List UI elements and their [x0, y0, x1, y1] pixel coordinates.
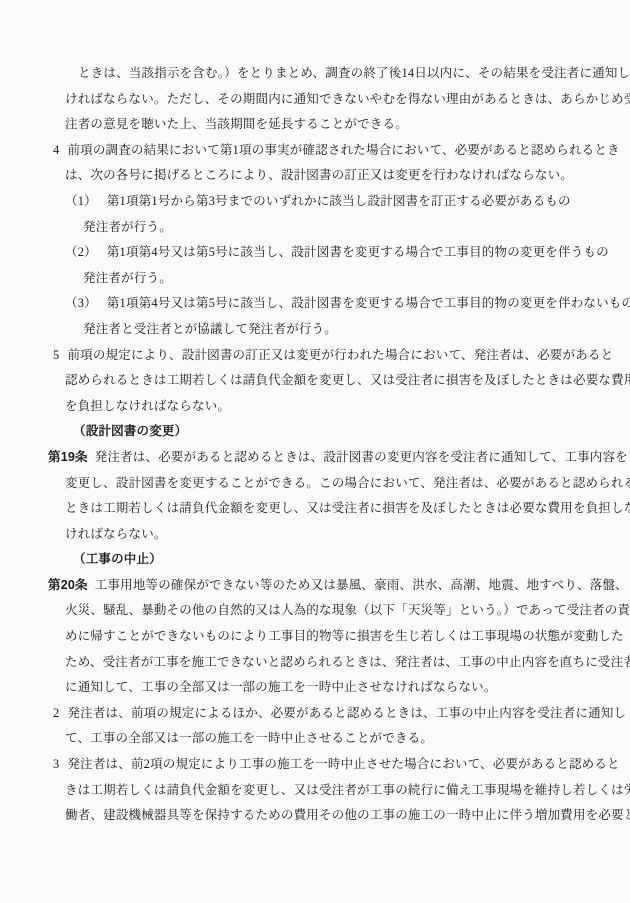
doc-line: 認められるときは工期若しくは請負代金額を変更し、又は受注者に損害を及ぼしたときは…	[0, 368, 630, 394]
paragraph-number: 4	[53, 138, 59, 164]
section-heading-work-suspension: （工事の中止）	[0, 547, 630, 573]
doc-line-paragraph-5: 5前項の規定により、設計図書の訂正又は変更が行われた場合において、発注者は、必要…	[0, 343, 630, 369]
doc-line-article-20: 第20条工事用地等の確保ができない等のため又は暴風、豪雨、洪水、高潮、地震、地す…	[0, 573, 630, 599]
line-text: 発注者は、前2項の規定により工事の施工を一時中止させた場合において、必要があると…	[67, 757, 619, 771]
doc-line: に通知して、工事の全部又は一部の施工を一時中止させなければならない。	[0, 675, 630, 701]
paragraph-number: 2	[53, 701, 59, 727]
list-marker: （2）	[65, 240, 97, 266]
line-text: 工事用地等の確保ができない等のため又は暴風、豪雨、洪水、高潮、地震、地すべり、落…	[95, 578, 628, 592]
doc-line: は、次の各号に掲げるところにより、設計図書の訂正又は変更を行わなければならない。	[0, 163, 630, 189]
doc-line: 働者、建設機械器具等を保持するための費用その他の工事の施工の一時中止に伴う増加費…	[0, 803, 630, 829]
doc-line-article-19: 第19条発注者は、必要があると認めるときは、設計図書の変更内容を受注者に通知して…	[0, 445, 630, 471]
doc-line: ければならない。	[0, 522, 630, 548]
doc-line: ければならない。ただし、その期間内に通知できないやむを得ない理由があるときは、あ…	[0, 87, 630, 113]
doc-line: 発注者が行う。	[0, 215, 630, 241]
doc-line: て、工事の全部又は一部の施工を一時中止させることができる。	[0, 726, 630, 752]
doc-line-paragraph-3: 3発注者は、前2項の規定により工事の施工を一時中止させた場合において、必要がある…	[0, 752, 630, 778]
paragraph-number: 5	[53, 343, 59, 369]
doc-line: 火災、騒乱、暴動その他の自然的又は人為的な現象（以下「天災等」という。）であって…	[0, 598, 630, 624]
doc-line-subitem-3: （3）第1項第4号又は第5号に該当し、設計図書を変更する場合で工事目的物の変更を…	[0, 291, 630, 317]
doc-line: ときは工期若しくは請負代金額を変更し、又は受注者に損害を及ぼしたときは必要な費用…	[0, 496, 630, 522]
section-heading-design-documents-change: （設計図書の変更）	[0, 419, 630, 445]
paragraph-number: 3	[53, 752, 59, 778]
list-marker: （3）	[65, 291, 97, 317]
document-page: ときは、当該指示を含む。）をとりまとめ、調査の終了後14日以内に、その結果を受注…	[0, 0, 630, 903]
line-text: 第1項第4号又は第5号に該当し、設計図書を変更する場合で工事目的物の変更を伴わな…	[107, 296, 630, 310]
doc-line: 発注者と受注者とが協議して発注者が行う。	[0, 317, 630, 343]
doc-line: めに帰すことができないものにより工事目的物等に損害を生じ若しくは工事現場の状態が…	[0, 624, 630, 650]
line-text: 第1項第1号から第3号までのいずれかに該当し設計図書を訂正する必要があるもの	[107, 194, 571, 208]
doc-line: を負担しなければならない。	[0, 394, 630, 420]
doc-line-subitem-1: （1）第1項第1号から第3号までのいずれかに該当し設計図書を訂正する必要があるも…	[0, 189, 630, 215]
article-number: 第19条	[48, 445, 88, 471]
doc-line-subitem-2: （2）第1項第4号又は第5号に該当し、設計図書を変更する場合で工事目的物の変更を…	[0, 240, 630, 266]
doc-line: 注者の意見を聴いた上、当該期間を延長することができる。	[0, 112, 630, 138]
doc-line-paragraph-2: 2発注者は、前項の規定によるほか、必要があると認めるときは、工事の中止内容を受注…	[0, 701, 630, 727]
list-marker: （1）	[65, 189, 97, 215]
line-text: 前項の規定により、設計図書の訂正又は変更が行われた場合において、発注者は、必要が…	[67, 348, 613, 362]
doc-line: 変更し、設計図書を変更することができる。この場合において、発注者は、必要があると…	[0, 471, 630, 497]
doc-line: 発注者が行う。	[0, 266, 630, 292]
line-text: 発注者は、前項の規定によるほか、必要があると認めるときは、工事の中止内容を受注者…	[67, 706, 626, 720]
doc-line: ため、受注者が工事を施工できないと認められるときは、発注者は、工事の中止内容を直…	[0, 650, 630, 676]
line-text: 前項の調査の結果において第1項の事実が確認された場合において、必要があると認めら…	[67, 143, 619, 157]
doc-line: きは工期若しくは請負代金額を変更し、又は受注者が工事の続行に備え工事現場を維持し…	[0, 778, 630, 804]
article-number: 第20条	[48, 573, 88, 599]
line-text: 発注者は、必要があると認めるときは、設計図書の変更内容を受注者に通知して、工事内…	[95, 450, 628, 464]
doc-line: ときは、当該指示を含む。）をとりまとめ、調査の終了後14日以内に、その結果を受注…	[0, 61, 630, 87]
line-text: 第1項第4号又は第5号に該当し、設計図書を変更する場合で工事目的物の変更を伴うも…	[107, 245, 609, 259]
doc-line-paragraph-4: 4前項の調査の結果において第1項の事実が確認された場合において、必要があると認め…	[0, 138, 630, 164]
